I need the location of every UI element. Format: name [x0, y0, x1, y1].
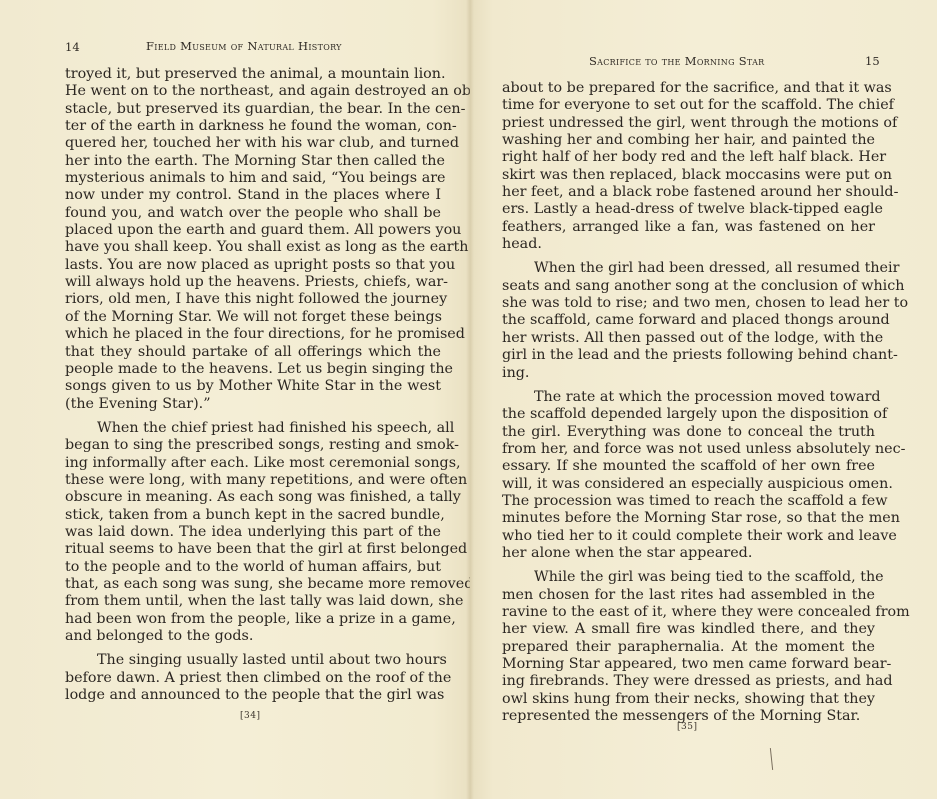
text-line: skirt was then replaced, black moccasins… — [502, 167, 875, 184]
text-line: ing firebrands. They were dressed as pri… — [502, 673, 875, 690]
text-line: ter of the earth in darkness he found th… — [65, 118, 441, 135]
text-line: lodge and announced to the people that t… — [65, 687, 441, 704]
text-line: about to be prepared for the sacrifice, … — [502, 80, 875, 97]
text-line: The singing usually lasted until about t… — [65, 652, 441, 669]
text-line: lasts. You are now placed as upright pos… — [65, 257, 441, 274]
paragraph: While the girl was being tied to the sca… — [502, 569, 875, 725]
text-line: time for everyone to set out for the sca… — [502, 97, 875, 114]
text-line: from her, and force was not used unless … — [502, 441, 875, 458]
text-line: The rate at which the procession moved t… — [502, 389, 875, 406]
text-line: before dawn. A priest then climbed on th… — [65, 670, 441, 687]
paragraph: When the chief priest had finished his s… — [65, 420, 441, 645]
text-line: owl skins hung from their necks, showing… — [502, 691, 875, 708]
paragraph: about to be prepared for the sacrifice, … — [502, 80, 875, 253]
text-line: had been won from the people, like a pri… — [65, 611, 441, 628]
text-line: ravine to the east of it, where they wer… — [502, 604, 875, 621]
right-page: Sacrifice to the Morning Star 15 about t… — [470, 0, 937, 799]
left-page: 14 Field Museum of Natural History troye… — [0, 0, 470, 799]
text-line: her wrists. All then passed out of the l… — [502, 330, 875, 347]
text-line: When the girl had been dressed, all resu… — [502, 260, 875, 277]
text-line: stacle, but preserved its guardian, the … — [65, 101, 441, 118]
text-line: head. — [502, 236, 875, 253]
text-line: stick, taken from a bunch kept in the sa… — [65, 507, 441, 524]
paragraph: When the girl had been dressed, all resu… — [502, 260, 875, 381]
text-line: was laid down. The idea underlying this … — [65, 524, 441, 541]
text-line: will always hold up the heavens. Priests… — [65, 274, 441, 291]
text-line: her into the earth. The Morning Star the… — [65, 153, 441, 170]
folio: [35] — [677, 722, 697, 732]
book-spread: 14 Field Museum of Natural History troye… — [0, 0, 937, 799]
text-line: prepared their paraphernalia. At the mom… — [502, 639, 875, 656]
text-line: washing her and combing her hair, and pa… — [502, 132, 875, 149]
text-line: While the girl was being tied to the sca… — [502, 569, 875, 586]
text-line: essary. If she mounted the scaffold of h… — [502, 458, 875, 475]
text-line: When the chief priest had finished his s… — [65, 420, 441, 437]
text-line: girl in the lead and the priests followi… — [502, 347, 875, 364]
text-line: Morning Star appeared, two men came forw… — [502, 656, 875, 673]
text-line: will, it was considered an especially au… — [502, 476, 875, 493]
running-head: Field Museum of Natural History — [146, 39, 342, 53]
text-line: her alone when the star appeared. — [502, 545, 875, 562]
text-line: songs given to us by Mother White Star i… — [65, 378, 441, 395]
text-line: the girl. Everything was done to conceal… — [502, 424, 875, 441]
text-line: found you, and watch over the people who… — [65, 205, 441, 222]
pencil-mark — [770, 748, 773, 770]
text-line: ing informally after each. Like most cer… — [65, 455, 441, 472]
text-line: the scaffold, came forward and placed th… — [502, 312, 875, 329]
text-line: now under my control. Stand in the place… — [65, 187, 441, 204]
text-line: minutes before the Morning Star rose, so… — [502, 510, 875, 527]
text-line: men chosen for the last rites had assemb… — [502, 587, 875, 604]
text-line: from them until, when the last tally was… — [65, 593, 441, 610]
text-line: these were long, with many repetitions, … — [65, 472, 441, 489]
text-line: The procession was timed to reach the sc… — [502, 493, 875, 510]
page-number: 15 — [865, 54, 880, 68]
text-line: mysterious animals to him and said, “You… — [65, 170, 441, 187]
text-line: (the Evening Star).” — [65, 396, 441, 413]
text-line: the scaffold depended largely upon the d… — [502, 406, 875, 423]
text-line: troyed it, but preserved the animal, a m… — [65, 66, 441, 83]
text-line: that, as each song was sung, she became … — [65, 576, 441, 593]
text-line: ritual seems to have been that the girl … — [65, 541, 441, 558]
page-number: 14 — [65, 40, 80, 54]
text-line: ers. Lastly a head-dress of twelve black… — [502, 201, 875, 218]
body-text: about to be prepared for the sacrifice, … — [502, 80, 875, 725]
text-line: people made to the heavens. Let us begin… — [65, 361, 441, 378]
text-line: seats and sang another song at the concl… — [502, 278, 875, 295]
body-text: troyed it, but preserved the animal, a m… — [65, 66, 441, 704]
folio: [34] — [240, 711, 260, 721]
text-line: that they should partake of all offering… — [65, 344, 441, 361]
text-line: feathers, arranged like a fan, was faste… — [502, 219, 875, 236]
text-line: her view. A small fire was kindled there… — [502, 621, 875, 638]
text-line: who tied her to it could complete their … — [502, 528, 875, 545]
text-line: priest undressed the girl, went through … — [502, 115, 875, 132]
running-head: Sacrifice to the Morning Star — [589, 54, 765, 68]
text-line: to the people and to the world of human … — [65, 559, 441, 576]
text-line: and belonged to the gods. — [65, 628, 441, 645]
text-line: which he placed in the four directions, … — [65, 326, 441, 343]
text-line: right half of her body red and the left … — [502, 149, 875, 166]
paragraph: troyed it, but preserved the animal, a m… — [65, 66, 441, 413]
text-line: began to sing the prescribed songs, rest… — [65, 437, 441, 454]
text-line: riors, old men, I have this night follow… — [65, 291, 441, 308]
paragraph: The rate at which the procession moved t… — [502, 389, 875, 562]
text-line: quered her, touched her with his war clu… — [65, 135, 441, 152]
text-line: she was told to rise; and two men, chose… — [502, 295, 875, 312]
gutter — [466, 0, 474, 799]
paragraph: The singing usually lasted until about t… — [65, 652, 441, 704]
text-line: obscure in meaning. As each song was fin… — [65, 489, 441, 506]
text-line: her feet, and a black robe fastened arou… — [502, 184, 875, 201]
text-line: He went on to the northeast, and again d… — [65, 83, 441, 100]
text-line: placed upon the earth and guard them. Al… — [65, 222, 441, 239]
text-line: of the Morning Star. We will not forget … — [65, 309, 441, 326]
text-line: have you shall keep. You shall exist as … — [65, 239, 441, 256]
text-line: ing. — [502, 365, 875, 382]
